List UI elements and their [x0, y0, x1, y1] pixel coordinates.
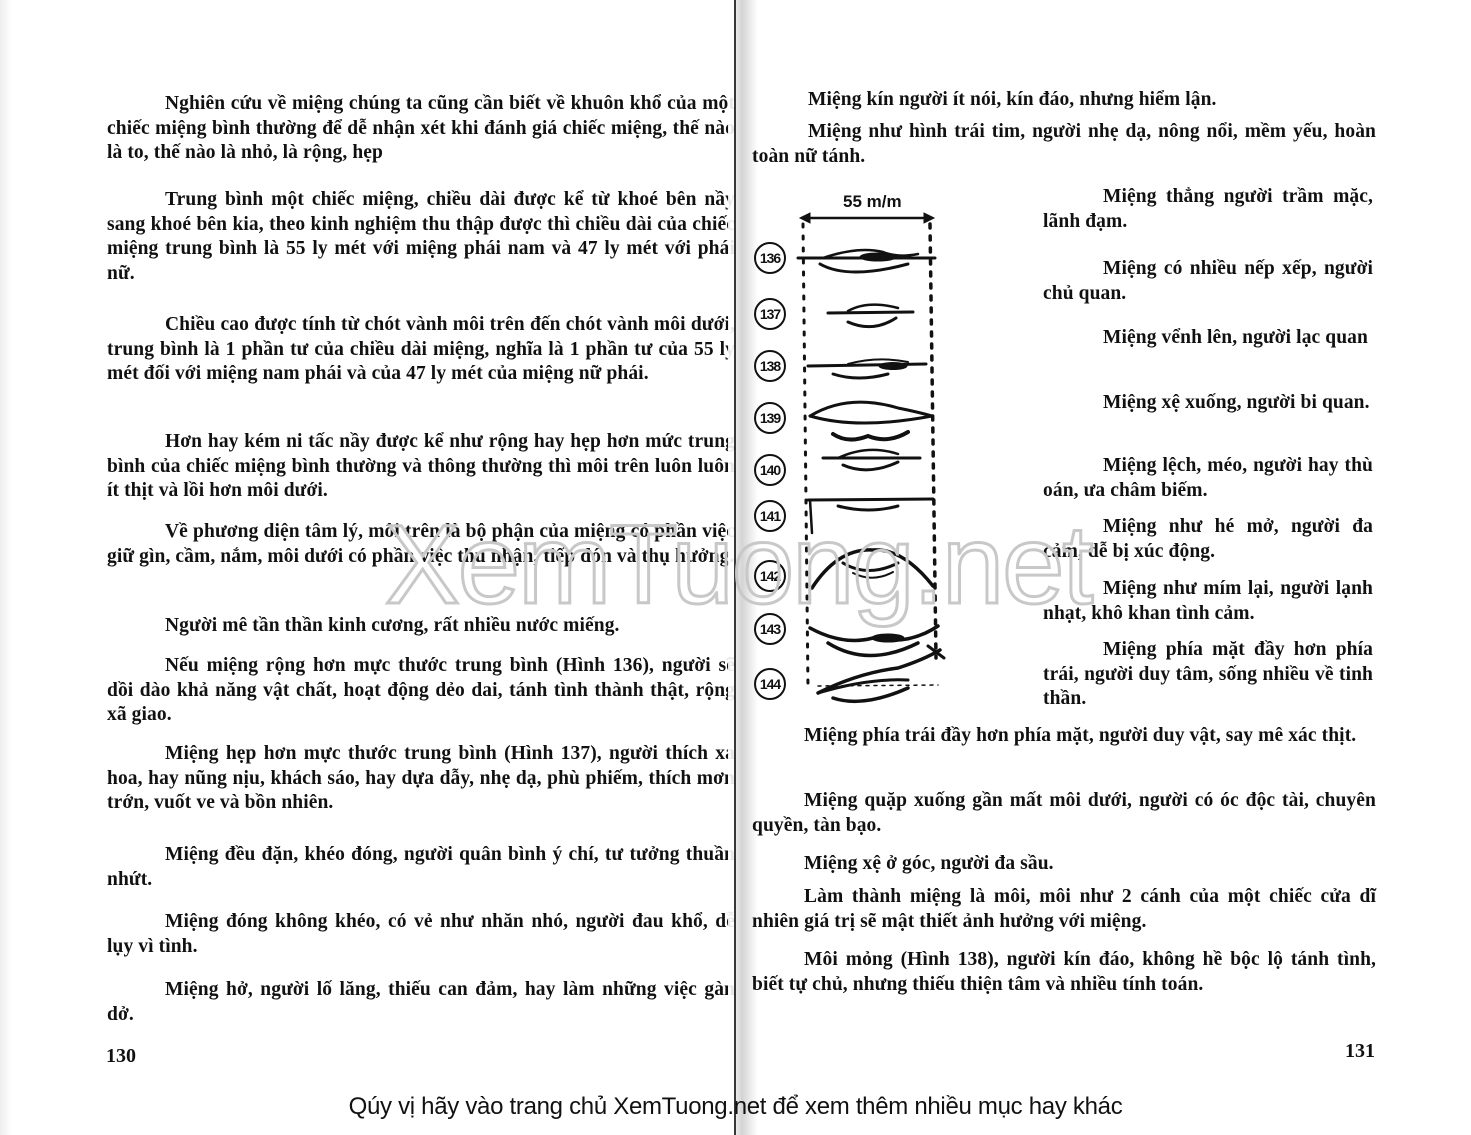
figure-number-138: 138 [754, 350, 786, 382]
left-paragraph-5: Về phương diện tâm lý, môi trên là bộ ph… [107, 520, 735, 569]
right-side-paragraph-5: Miệng lệch, méo, người hay thù oán, ưa c… [1043, 454, 1373, 503]
footer-banner: Qúy vị hãy vào trang chủ XemTuong.net để… [0, 1093, 1471, 1121]
figure-number-142: 142 [754, 560, 786, 592]
right-bottom-paragraph-3: Miệng xệ ở góc, người đa sầu. [752, 852, 1376, 877]
right-side-paragraph-8: Miệng phía mặt đầy hơn phía trái, người … [1043, 638, 1373, 712]
right-side-paragraph-4: Miệng xệ xuống, người bi quan. [1043, 391, 1373, 416]
figure-number-139: 139 [754, 402, 786, 434]
right-side-paragraph-1: Miệng thẳng người trầm mặc, lãnh đạm. [1043, 185, 1373, 234]
figure-number-141: 141 [754, 500, 786, 532]
right-side-paragraph-3: Miệng vểnh lên, người lạc quan [1043, 326, 1373, 351]
figure-number-137: 137 [754, 298, 786, 330]
left-paragraph-9: Miệng đều đặn, khéo đóng, người quân bìn… [107, 843, 735, 892]
right-side-paragraph-7: Miệng như mím lại, người lạnh nhạt, khô … [1043, 577, 1373, 626]
left-paragraph-11: Miệng hở, người lố lăng, thiếu can đảm, … [107, 978, 735, 1027]
left-paragraph-1: Nghiên cứu về miệng chúng ta cũng cần bi… [107, 92, 735, 166]
left-page-number: 130 [106, 1045, 136, 1068]
right-top-paragraph-2: Miệng như hình trái tim, người nhẹ dạ, n… [752, 120, 1376, 169]
right-side-paragraph-6: Miệng như hé mở, người đa cảm, dễ bị xúc… [1043, 515, 1373, 564]
left-paragraph-4: Hơn hay kém ni tấc nầy được kể như rộng … [107, 430, 735, 504]
right-bottom-paragraph-5: Môi mỏng (Hình 138), người kín đáo, khôn… [752, 948, 1376, 997]
right-bottom-paragraph-2: Miệng quặp xuống gần mất môi dưới, người… [752, 789, 1376, 838]
left-paragraph-10: Miệng đóng không khéo, có vẻ như nhăn nh… [107, 910, 735, 959]
right-bottom-paragraph-4: Làm thành miệng là môi, môi như 2 cánh c… [752, 885, 1376, 934]
left-paragraph-6: Người mê tần thần kinh cương, rất nhiều … [107, 614, 735, 639]
figure-number-136: 136 [754, 242, 786, 274]
figure-number-144: 144 [754, 668, 786, 700]
left-paragraph-7: Nếu miệng rộng hơn mực thước trung bình … [107, 654, 735, 728]
figure-number-143: 143 [754, 613, 786, 645]
mouth-diagram-figure: 55 m/m [748, 188, 960, 713]
right-top-paragraph-1: Miệng kín người ít nói, kín đáo, nhưng h… [752, 88, 1376, 113]
left-paragraph-3: Chiều cao được tính từ chót vành môi trê… [107, 313, 735, 387]
left-paragraph-8: Miệng hẹp hơn mực thước trung bình (Hình… [107, 742, 735, 816]
right-bottom-paragraph-1: Miệng phía trái đầy hơn phía mặt, người … [752, 724, 1376, 749]
figure-number-140: 140 [754, 454, 786, 486]
right-page-number: 131 [1345, 1040, 1375, 1063]
right-side-paragraph-2: Miệng có nhiều nếp xếp, người chủ quan. [1043, 257, 1373, 306]
left-paragraph-2: Trung bình một chiếc miệng, chiều dài đư… [107, 188, 735, 286]
